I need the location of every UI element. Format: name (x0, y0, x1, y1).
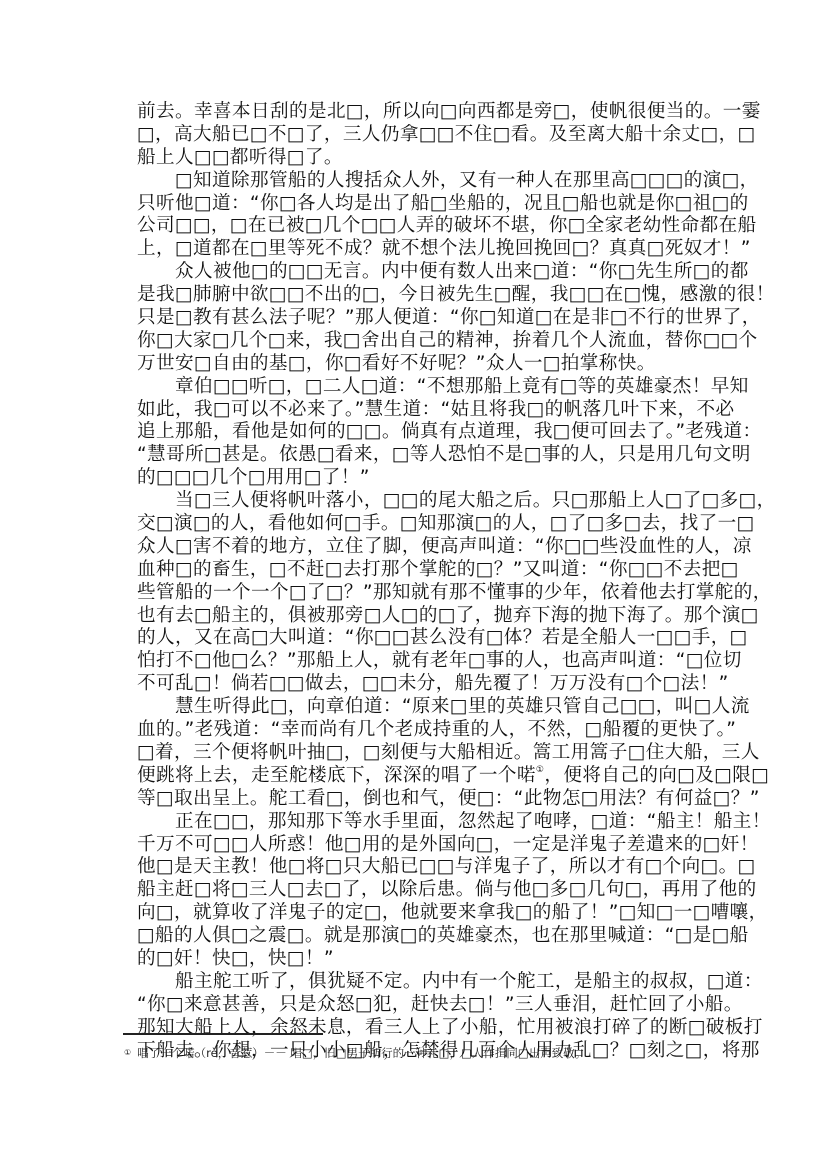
footnote-mark: ① (124, 1048, 131, 1057)
text-line: 他□是天主教！他□将□只大船已□□与洋鬼子了，所以才有□个向□。□ (137, 856, 689, 879)
text-segment: 便跳将上去，走至舵楼底下，深深的唱了一个喏 (137, 765, 536, 786)
text-line: 不可乱□！倘若□□做去，□□未分，船先覆了！万万没有□个□法！” (137, 673, 689, 696)
text-segment: ，便将自己的向□及□限□ (544, 765, 769, 786)
text-line: “你□来意甚善，只是众怒□犯，赶快去□！”三人垂泪，赶忙回了小船。 (137, 994, 689, 1017)
text-line: 众人□害不着的地方，立住了脚，便高声叫道：“你□□些没血性的人，凉 (137, 536, 689, 559)
text-line: □船的人俱□之震□。就是那演□的英雄豪杰，也在那里喊道：“□是□船 (137, 925, 689, 948)
text-line: 上，□道都在□里等死不成？就不想个法儿挽回挽回□？真真□死奴才！” (137, 238, 689, 261)
text-line: □着，三个便将帆叶抽□，□刻便与大船相近。篙工用篙子□住大船，三人 (137, 742, 689, 765)
paragraph-start-line: 慧生听得此□，向章伯道：“原来□里的英雄只管自己□□，叫□人流 (137, 696, 689, 719)
paragraph-start-line: 船主舵工听了，俱犹疑不定。内中有一个舵工，是船主的叔叔，□道： (137, 971, 689, 994)
footnote-divider (123, 1033, 323, 1035)
text-line: 些管船的一个一个□了□？”那知就有那不懂事的少年，依着他去打掌舵的， (137, 582, 689, 605)
text-line: 是我□肺腑中欲□□不出的□，今日被先生□醒，我□□在□愧，感激的很！ (137, 284, 689, 307)
text-line: 船上人□□都听得□了。 (137, 147, 689, 170)
text-line: 也有去□船主的，俱被那旁□人□的□了，抛弃下海的抛下海了。那个演□ (137, 605, 689, 628)
text-line: 只听他□道：“你□各人均是出了船□坐船的，况且□船也就是你□祖□的 (137, 193, 689, 216)
text-line: 血的。”老残道：“幸而尚有几个老成持重的人，不然，□船覆的更快了。” (137, 719, 689, 742)
text-line: 血种□的畜生，□不赶□去打那个掌舵的□？”又叫道：“你□□不去把□ (137, 559, 689, 582)
paragraph-start-line: 章伯□□听□，□二人□道：“不想那船上竟有□等的英雄豪杰！早知 (137, 376, 689, 399)
text-line: “慧哥所□甚是。依愚□看来，□等人恐怕不是□事的人，只是用几句文明 (137, 444, 689, 467)
text-line: 如此，我□可以不必来了。”慧生道：“姑且将我□的帆落几叶下来，不必 (137, 399, 689, 422)
paragraph-start-line: □知道除那管船的人搜括众人外，又有一种人在那里高□□□的演□， (137, 170, 689, 193)
text-line-with-footnote: 便跳将上去，走至舵楼底下，深深的唱了一个喏①，便将自己的向□及□限□ (137, 765, 689, 788)
text-line: 你□大家□几个□来，我□舍出自己的精神，拚着几个人流血，替你□□个 (137, 330, 689, 353)
text-line: 公司□□，□在已被□几个□□人弄的破坏不堪，你□全家老幼性命都在船 (137, 215, 689, 238)
text-line: 千万不可□□人所惑！他□用的是外国向□，一定是洋鬼子差遣来的□奸！ (137, 834, 689, 857)
text-line: 怕打不□他□么？”那船上人，就有老年□事的人，也高声叫道：“□位切 (137, 650, 689, 673)
paragraph-start-line: 正在□□，那知那下等水手里面，忽然起了咆哮，□道：“船主！船主！ (137, 811, 689, 834)
footnote-text: 唱了一个喏（rě，音惹）－－ 唱□，旧□男子所行的一种礼□，□人作揖同□出声致敬… (137, 1046, 586, 1060)
text-line: 船主赶□将□三人□去□了，以除后患。倘与他□多□几句□，再用了他的 (137, 879, 689, 902)
text-line: 前去。幸喜本日刮的是北□，所以向□向西都是旁□，使帆很便当的。一霎 (137, 101, 689, 124)
text-line: 向□，就算收了洋鬼子的定□，他就要来拿我□的船了！”□知□一□嘈嚷， (137, 902, 689, 925)
text-line: □，高大船已□不□了，三人仍拿□□不住□看。及至离大船十余丈□，□ (137, 124, 689, 147)
text-line: 交□演□的人，看他如何□手。□知那演□的人，□了□多□去，找了一□ (137, 513, 689, 536)
document-body: 前去。幸喜本日刮的是北□，所以向□向西都是旁□，使帆很便当的。一霎 □，高大船已… (137, 101, 689, 1062)
text-line: 的人，又在高□大叫道：“你□□甚么没有□体？若是全船人一□□手，□ (137, 627, 689, 650)
text-line: 等□取出呈上。舵工看□，倒也和气，便□：“此物怎□用法？有何益□？” (137, 788, 689, 811)
text-line: 那知大船上人，余怒未息，看三人上了小船，忙用被浪打碎了的断□破板打 (137, 1017, 689, 1040)
text-line: 只是□教有甚么法子呢？”那人便道：“你□知道□在是非□不行的世界了， (137, 307, 689, 330)
text-line: 的□奸！快□，快□！” (137, 948, 689, 971)
text-line: 的□□□几个□用用□了！” (137, 467, 689, 490)
paragraph-start-line: 当□三人便将帆叶落小，□□的尾大船之后。只□那船上人□了□多□， (137, 490, 689, 513)
footnote: ①唱了一个喏（rě，音惹）－－ 唱□，旧□男子所行的一种礼□，□人作揖同□出声致… (124, 1044, 586, 1062)
text-line: 追上那船，看他是如何的□□。倘真有点道理，我□便可回去了。”老残道： (137, 421, 689, 444)
paragraph-start-line: 众人被他□的□□无言。内中便有数人出来□道：“你□先生所□的都 (137, 261, 689, 284)
text-line: 万世安□自由的基□，你□看好不好呢？”众人一□拍掌称快。 (137, 353, 689, 376)
